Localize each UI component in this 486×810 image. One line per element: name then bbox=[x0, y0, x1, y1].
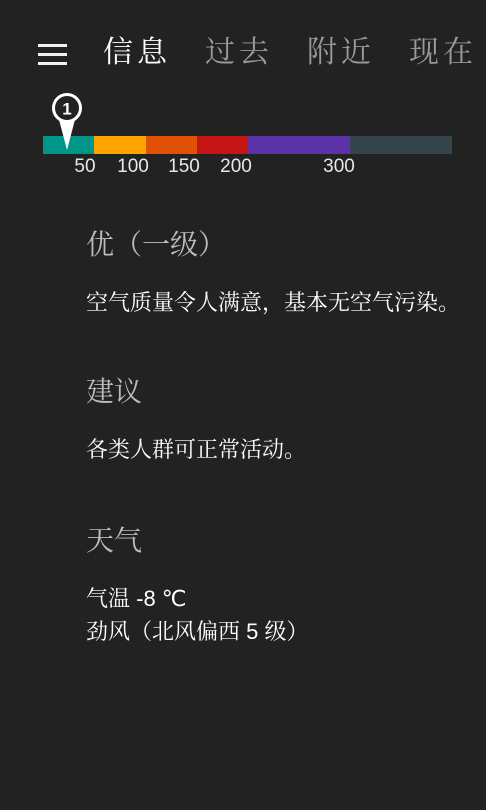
aqi-scale-segment bbox=[146, 136, 197, 154]
weather-temperature: 气温 -8 ℃ bbox=[86, 582, 466, 615]
section-heading-level: 优（一级） bbox=[86, 227, 466, 263]
top-tab-bar: 信息 过去 附近 现在 bbox=[103, 36, 477, 70]
section-advice: 建议 各类人群可正常活动。 bbox=[86, 374, 466, 466]
section-body-advice: 各类人群可正常活动。 bbox=[86, 433, 466, 466]
section-weather: 天气 气温 -8 ℃ 劲风（北风偏西 5 级） bbox=[86, 523, 466, 648]
aqi-scale-segment bbox=[350, 136, 452, 154]
tab-now[interactable]: 现在 bbox=[409, 36, 477, 70]
hamburger-menu-icon[interactable] bbox=[38, 44, 67, 65]
aqi-marker-pin-icon: 1 bbox=[48, 90, 86, 152]
aqi-tick-label: 300 bbox=[323, 156, 355, 178]
section-heading-weather: 天气 bbox=[86, 523, 466, 559]
aqi-tick-label: 150 bbox=[168, 156, 200, 178]
section-heading-advice: 建议 bbox=[86, 374, 466, 410]
aqi-marker-value: 1 bbox=[62, 100, 71, 119]
aqi-tick-label: 200 bbox=[220, 156, 252, 178]
aqi-scale-segment bbox=[247, 136, 350, 154]
section-body-level: 空气质量令人满意，基本无空气污染。 bbox=[86, 286, 466, 319]
tab-info[interactable]: 信息 bbox=[103, 36, 171, 70]
weather-wind: 劲风（北风偏西 5 级） bbox=[86, 615, 466, 648]
aqi-scale-bar bbox=[43, 136, 452, 154]
aqi-tick-label: 100 bbox=[117, 156, 149, 178]
aqi-tick-label: 50 bbox=[74, 156, 95, 178]
aqi-scale-ticks: 50100150200300 bbox=[43, 156, 452, 178]
aqi-scale-segment bbox=[94, 136, 146, 154]
air-quality-app-screen: 信息 过去 附近 现在 50100150200300 1 优（一级） 空气质量令… bbox=[0, 0, 486, 810]
tab-nearby[interactable]: 附近 bbox=[307, 36, 375, 70]
section-air-quality-level: 优（一级） 空气质量令人满意，基本无空气污染。 bbox=[86, 227, 466, 319]
tab-past[interactable]: 过去 bbox=[205, 36, 273, 70]
aqi-scale-segment bbox=[197, 136, 247, 154]
